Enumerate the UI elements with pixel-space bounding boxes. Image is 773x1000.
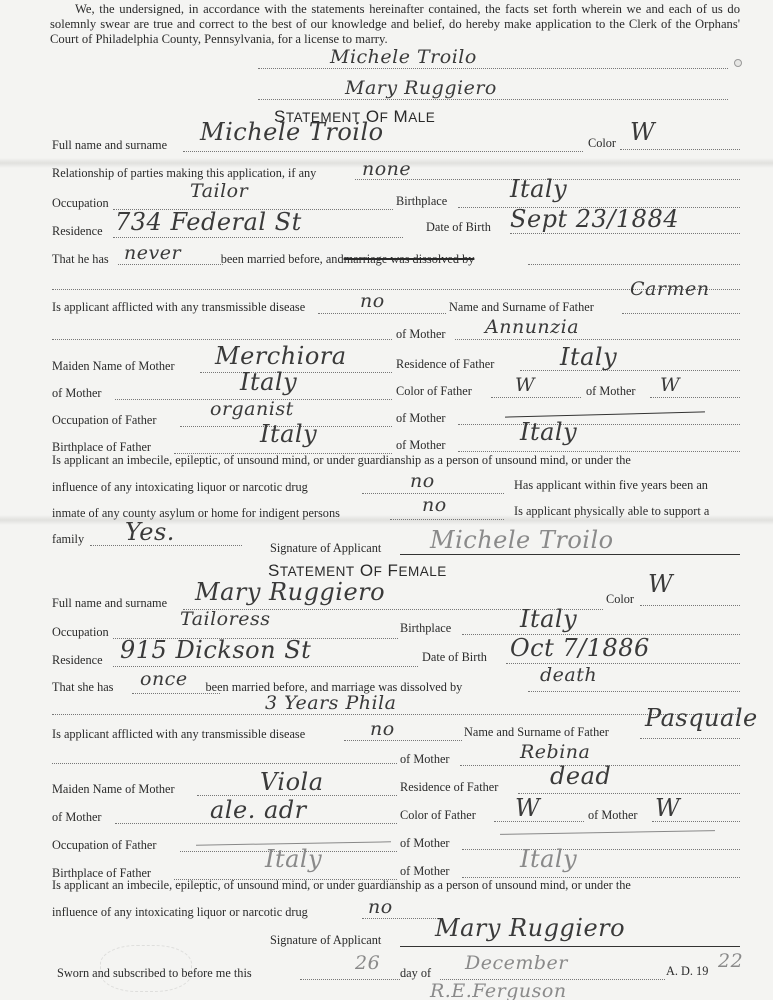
female-father-bp: Italy xyxy=(265,845,322,873)
female-imbecile: no xyxy=(368,896,393,918)
female-father-color: W xyxy=(515,794,540,822)
male-mother-bp-line xyxy=(458,451,740,452)
female-dissolved-by: death xyxy=(540,664,597,686)
female-mother-color-label: of Mother xyxy=(588,808,638,823)
female-father-res-line xyxy=(518,793,740,794)
male-mother-name-label: of Mother xyxy=(396,327,446,342)
female-mother-res: ale. adr xyxy=(210,796,307,824)
male-father-res-label: Residence of Father xyxy=(396,357,494,372)
male-father-res-line xyxy=(520,370,740,371)
applicant-signature-1: Michele Troilo xyxy=(330,46,477,68)
male-imbecile-q1: Is applicant an imbecile, epileptic, of … xyxy=(52,453,740,468)
female-mother-color: W xyxy=(655,794,680,822)
male-full-name: Michele Troilo xyxy=(200,118,384,146)
intro-text: We, the undersigned, in accordance with … xyxy=(50,2,740,46)
male-father-occ-label: Occupation of Father xyxy=(52,413,157,428)
female-full-name-label: Full name and surname xyxy=(52,596,167,611)
female-imbecile-line xyxy=(362,918,442,919)
female-disease-line xyxy=(344,740,462,741)
female-birthplace: Italy xyxy=(520,605,577,633)
male-mother-name: Annunzia xyxy=(485,316,579,338)
female-mother-occ-label: of Mother xyxy=(400,836,450,851)
male-mother-color-line xyxy=(650,397,740,398)
male-disease: no xyxy=(360,290,385,312)
male-mother-res: Italy xyxy=(240,368,297,396)
male-occupation-label: Occupation xyxy=(52,196,109,211)
male-father-color-line xyxy=(491,397,581,398)
male-mother-color: W xyxy=(660,374,680,396)
sworn-ad-label: A. D. 19 xyxy=(666,964,708,979)
male-asylum-q1: Has applicant within five years been an xyxy=(514,478,708,493)
female-occupation: Tailoress xyxy=(180,608,270,630)
male-dob-label: Date of Birth xyxy=(426,220,491,235)
male-imbecile-q2: influence of any intoxicating liquor or … xyxy=(52,480,308,495)
male-birthplace-label: Birthplace xyxy=(396,194,447,209)
male-maiden: Merchiora xyxy=(215,342,347,370)
male-married-before-line xyxy=(118,264,223,265)
female-mother-occ-line xyxy=(462,849,740,850)
male-maiden-label: Maiden Name of Mother xyxy=(52,359,175,374)
male-support-q1: Is applicant physically able to support … xyxy=(514,504,709,519)
female-father-name-line xyxy=(640,738,740,739)
female-dissolved-detail: 3 Years Phila xyxy=(265,692,396,714)
female-mother-bp: Italy xyxy=(520,845,577,873)
male-support: Yes. xyxy=(125,518,175,546)
female-married-before: once xyxy=(140,668,188,690)
male-mother-occ-line xyxy=(458,424,740,425)
female-mother-bp-label: of Mother xyxy=(400,864,450,879)
male-signature: Michele Troilo xyxy=(430,526,614,554)
male-disease-label: Is applicant afflicted with any transmis… xyxy=(52,300,305,315)
male-color: W xyxy=(630,118,655,146)
male-father-color: W xyxy=(515,374,535,396)
female-mother-name-pre-line xyxy=(52,763,397,764)
female-father-res-label: Residence of Father xyxy=(400,780,498,795)
sworn-label: Sworn and subscribed to before me this xyxy=(57,966,252,981)
male-mother-occ-dash xyxy=(505,411,705,417)
male-residence-line xyxy=(113,237,403,238)
sworn-year: 22 xyxy=(718,950,743,972)
sworn-day-line xyxy=(300,979,400,980)
male-father-res: Italy xyxy=(560,343,617,371)
applicant-signature-2: Mary Ruggiero xyxy=(345,77,497,99)
female-disease-label: Is applicant afflicted with any transmis… xyxy=(52,727,305,742)
female-disease: no xyxy=(370,718,395,740)
male-mother-color-label: of Mother xyxy=(586,384,636,399)
female-mother-res-label: of Mother xyxy=(52,810,102,825)
male-married-before-label: That he hasbeen married before, andmarri… xyxy=(52,252,474,267)
clerk-signature: R.E.Ferguson xyxy=(430,980,567,1000)
female-dissolved-by-line xyxy=(528,691,740,692)
female-dob: Oct 7/1886 xyxy=(510,634,650,662)
male-full-name-line xyxy=(183,151,583,152)
male-mother-name-line xyxy=(455,339,740,340)
intro-paragraph: We, the undersigned, in accordance with … xyxy=(50,2,740,47)
female-residence-line xyxy=(113,666,418,667)
male-father-occ: organist xyxy=(210,398,294,420)
female-dob-label: Date of Birth xyxy=(422,650,487,665)
female-mother-name-label: of Mother xyxy=(400,752,450,767)
male-dob-line xyxy=(510,233,740,234)
female-father-res: dead xyxy=(550,762,611,790)
male-support-q2: family xyxy=(52,532,84,547)
male-married-before: never xyxy=(124,242,181,264)
female-maiden: Viola xyxy=(260,768,324,796)
male-full-name-label: Full name and surname xyxy=(52,138,167,153)
male-father-name-label: Name and Surname of Father xyxy=(449,300,594,315)
female-extra-line xyxy=(52,714,740,715)
female-father-occ-label: Occupation of Father xyxy=(52,838,157,853)
female-signature-line xyxy=(400,946,740,947)
male-relationship-label: Relationship of parties making this appl… xyxy=(52,166,316,181)
male-father-name-line xyxy=(622,313,740,314)
male-dissolved-by-line xyxy=(528,264,740,265)
male-mother-bp: Italy xyxy=(520,418,577,446)
male-color-label: Color xyxy=(588,136,616,151)
punch-hole xyxy=(734,59,742,67)
female-residence-label: Residence xyxy=(52,653,103,668)
male-mother-occ-label: of Mother xyxy=(396,411,446,426)
female-mother-occ-dash xyxy=(500,830,715,835)
male-relationship: none xyxy=(362,158,411,180)
sworn-day: 26 xyxy=(355,952,380,974)
female-father-name: Pasquale xyxy=(645,704,758,732)
male-mother-name-pre-line xyxy=(52,339,392,340)
male-signature-label: Signature of Applicant xyxy=(270,541,381,556)
struck-text: marriage was dissolved by xyxy=(344,252,475,266)
male-father-bp: Italy xyxy=(260,420,317,448)
female-imbecile-q2: influence of any intoxicating liquor or … xyxy=(52,905,308,920)
applicant-line-1 xyxy=(258,68,728,69)
female-signature-label: Signature of Applicant xyxy=(270,933,381,948)
male-father-name: Carmen xyxy=(630,278,709,300)
male-birthplace: Italy xyxy=(510,175,567,203)
female-mother-name: Rebina xyxy=(520,741,590,763)
male-mother-res-label: of Mother xyxy=(52,386,102,401)
male-signature-line xyxy=(400,554,740,555)
applicant-line-2 xyxy=(258,99,728,100)
female-color: W xyxy=(648,570,673,598)
male-father-color-label: Color of Father xyxy=(396,384,472,399)
male-occupation: Tailor xyxy=(190,180,248,202)
sworn-month: December xyxy=(465,952,568,974)
female-birthplace-label: Birthplace xyxy=(400,621,451,636)
male-imbecile: no xyxy=(410,470,435,492)
female-occupation-label: Occupation xyxy=(52,625,109,640)
male-asylum: no xyxy=(422,494,447,516)
female-imbecile-q1: Is applicant an imbecile, epileptic, of … xyxy=(52,878,740,893)
female-color-label: Color xyxy=(606,592,634,607)
female-residence: 915 Dickson St xyxy=(120,636,311,664)
female-full-name: Mary Ruggiero xyxy=(195,578,385,606)
male-mother-bp-label: of Mother xyxy=(396,438,446,453)
female-maiden-label: Maiden Name of Mother xyxy=(52,782,175,797)
male-disease-line xyxy=(318,313,446,314)
female-father-color-label: Color of Father xyxy=(400,808,476,823)
male-dob: Sept 23/1884 xyxy=(510,205,679,233)
male-color-line xyxy=(620,149,740,150)
male-asylum-line xyxy=(390,519,504,520)
female-married-before-label: That she hasbeen married before, and mar… xyxy=(52,680,462,695)
male-residence: 734 Federal St xyxy=(115,208,302,236)
male-residence-label: Residence xyxy=(52,224,103,239)
female-signature: Mary Ruggiero xyxy=(435,914,625,942)
female-color-line xyxy=(640,605,740,606)
marriage-license-application: We, the undersigned, in accordance with … xyxy=(0,0,773,1000)
sworn-day-of-label: day of xyxy=(400,966,431,981)
female-married-before-line xyxy=(132,693,220,694)
male-asylum-q2: inmate of any county asylum or home for … xyxy=(52,506,340,521)
female-father-name-label: Name and Surname of Father xyxy=(464,725,609,740)
